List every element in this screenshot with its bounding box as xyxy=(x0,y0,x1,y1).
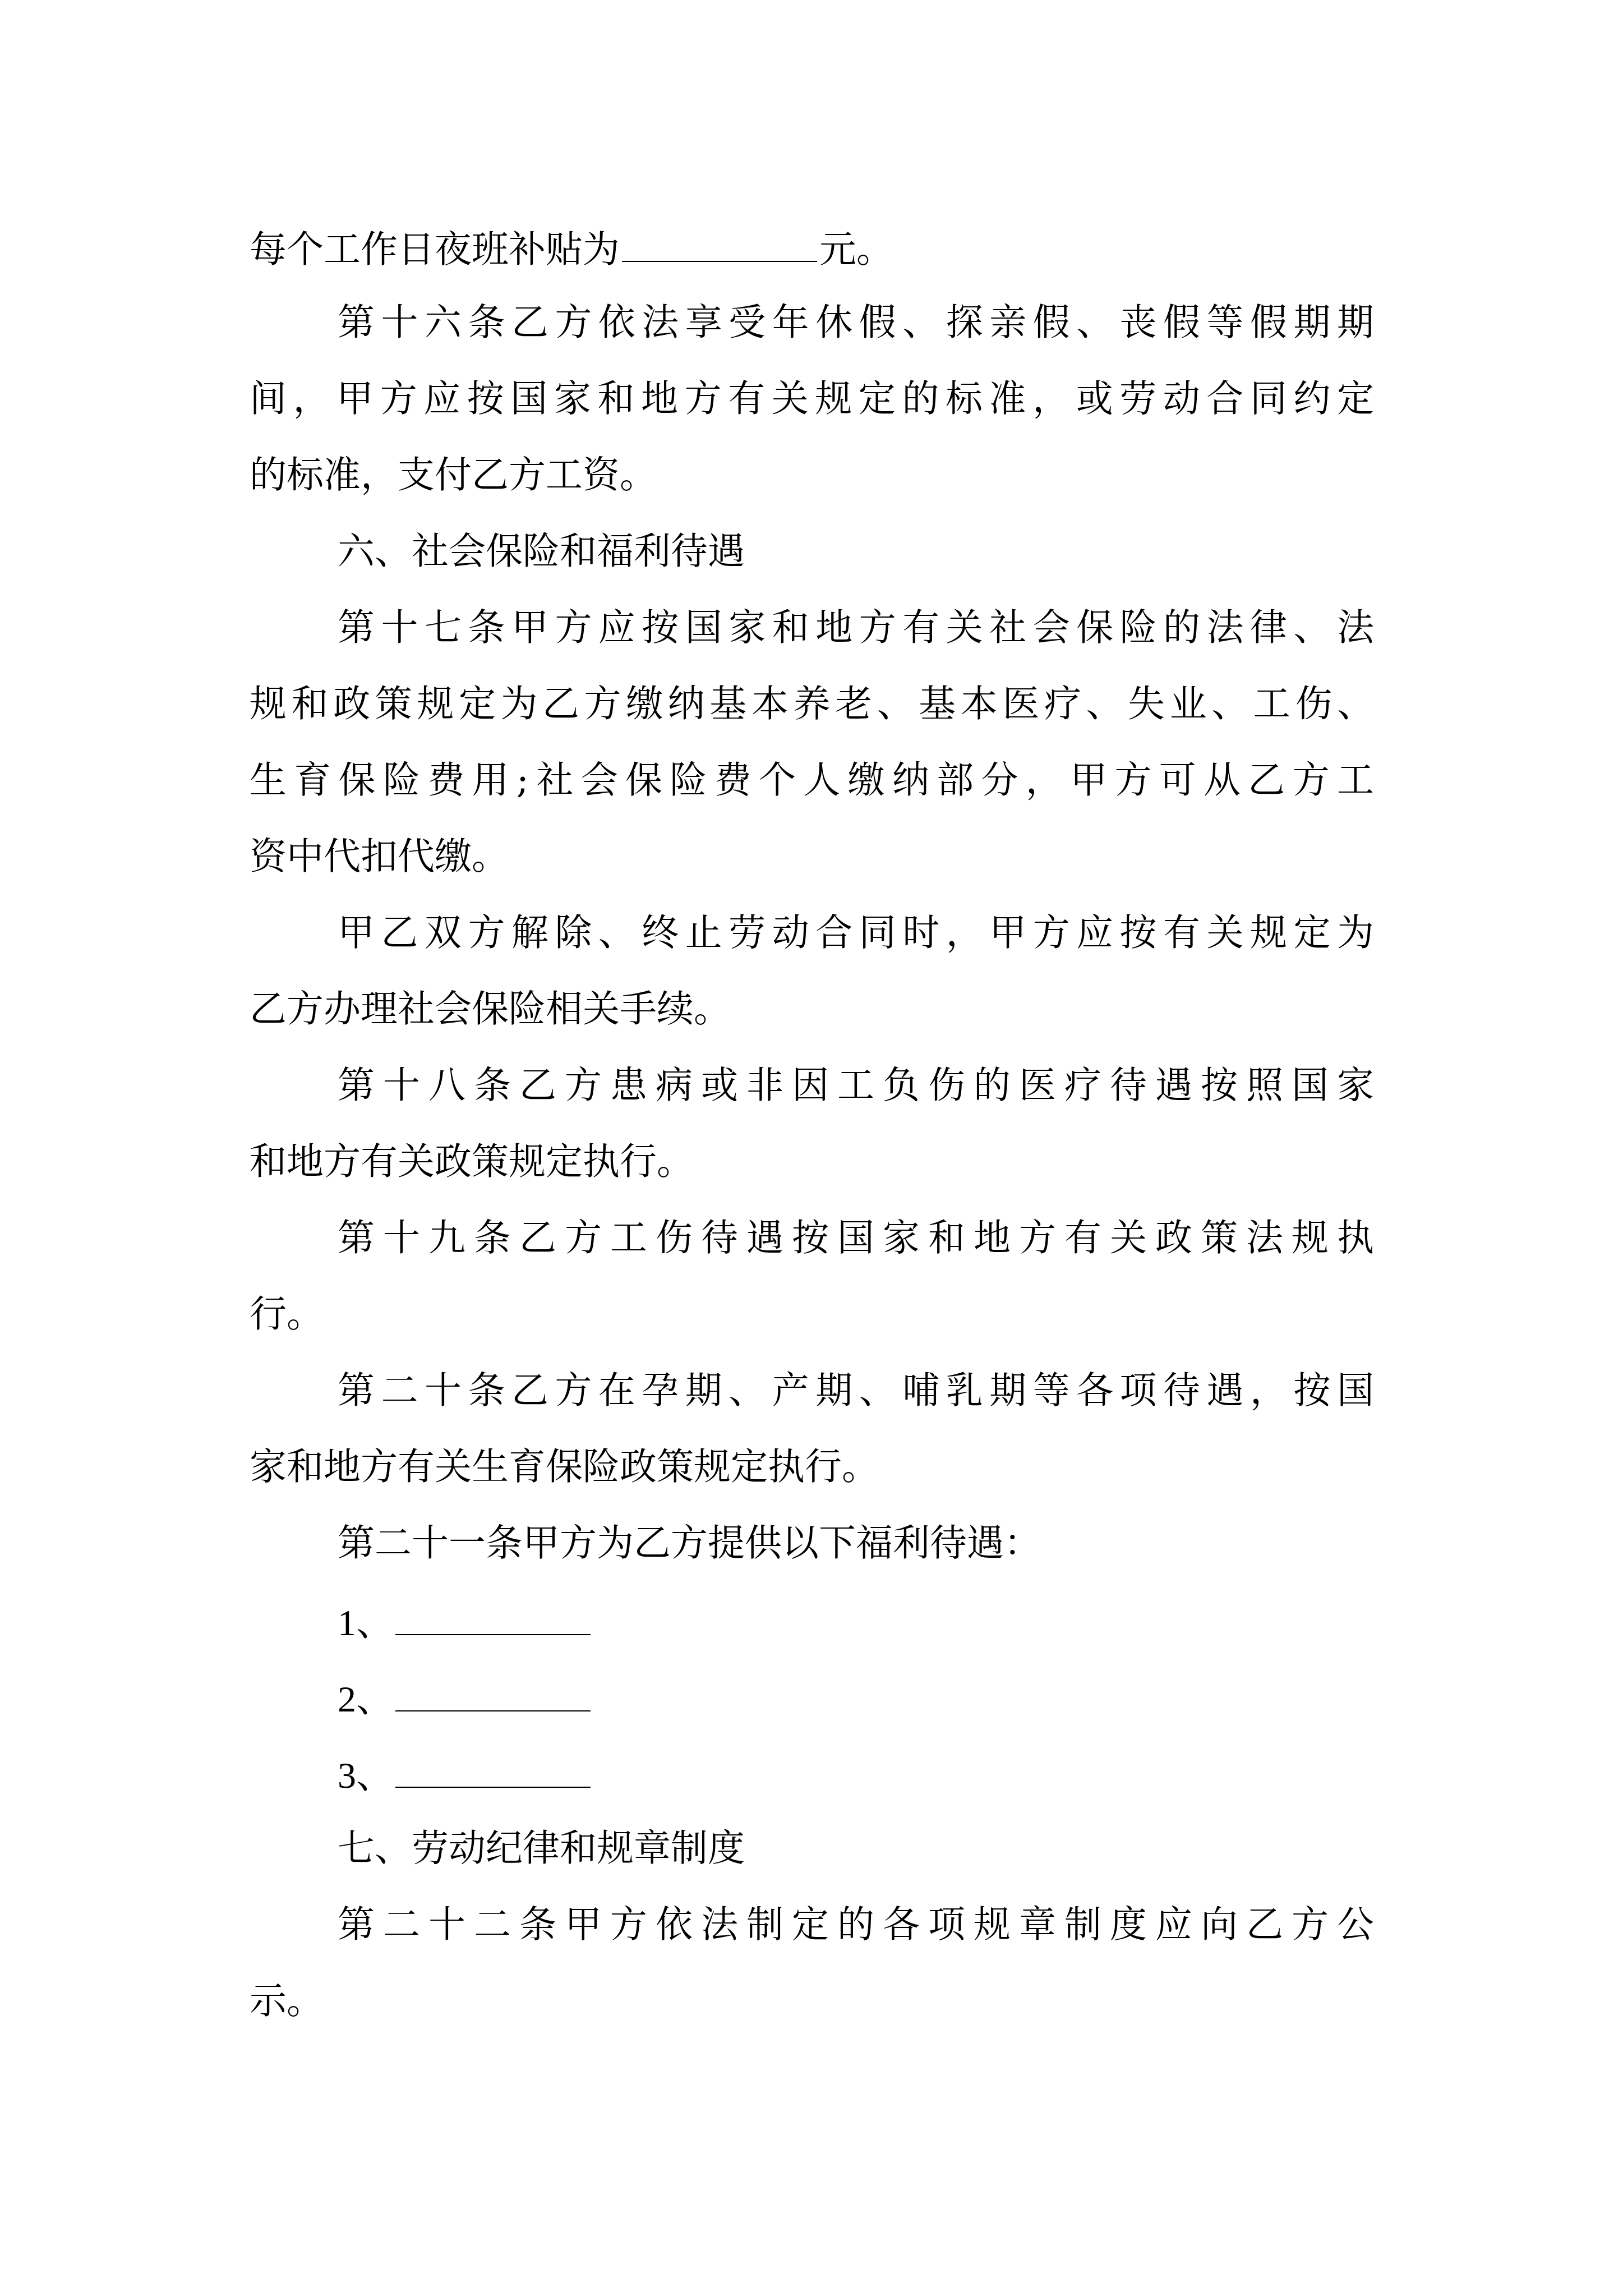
section-heading-7: 七、劳动纪律和规章制度 xyxy=(338,1826,1374,1902)
fill-in-blank[interactable] xyxy=(395,1597,591,1635)
paragraph-termination: 甲乙双方解除、终止劳动合同时，甲方应按有关规定为 xyxy=(338,910,1374,987)
article-20: 第二十条乙方在孕期、产期、哺乳期等各项待遇，按国 xyxy=(338,1368,1374,1444)
text: 每个工作日夜班补贴为 xyxy=(250,228,620,271)
paragraph-line: 资中代扣代缴。 xyxy=(250,834,1374,910)
benefit-list-item: 1、 xyxy=(338,1597,1374,1673)
paragraph-line: 每个工作日夜班补贴为元。 xyxy=(250,224,1374,300)
fill-in-blank[interactable] xyxy=(395,1750,591,1788)
text: 元。 xyxy=(819,228,893,271)
article-21: 第二十一条甲方为乙方提供以下福利待遇： xyxy=(338,1521,1374,1597)
article-16: 第十六条乙方依法享受年休假、探亲假、丧假等假期期 xyxy=(338,300,1374,376)
list-number: 1、 xyxy=(338,1603,393,1644)
article-18: 第十八条乙方患病或非因工负伤的医疗待遇按照国家 xyxy=(338,1063,1374,1139)
benefit-list-item: 2、 xyxy=(338,1673,1374,1750)
section-heading-6: 六、社会保险和福利待遇 xyxy=(338,529,1374,605)
document-page: 每个工作日夜班补贴为元。 第十六条乙方依法享受年休假、探亲假、丧假等假期期 间，… xyxy=(0,0,1623,2296)
fill-in-blank[interactable] xyxy=(395,1673,591,1711)
paragraph-line: 行。 xyxy=(250,1292,1374,1368)
paragraph-line: 家和地方有关生育保险政策规定执行。 xyxy=(250,1444,1374,1521)
paragraph-line: 生育保险费用;社会保险费个人缴纳部分，甲方可从乙方工 xyxy=(250,758,1374,834)
paragraph-line: 间，甲方应按国家和地方有关规定的标准，或劳动合同约定 xyxy=(250,376,1374,453)
article-17: 第十七条甲方应按国家和地方有关社会保险的法律、法 xyxy=(338,605,1374,682)
article-19: 第十九条乙方工伤待遇按国家和地方有关政策法规执 xyxy=(338,1216,1374,1292)
paragraph-line: 乙方办理社会保险相关手续。 xyxy=(250,987,1374,1063)
paragraph-line: 的标准，支付乙方工资。 xyxy=(250,453,1374,529)
list-number: 2、 xyxy=(338,1679,393,1720)
paragraph-line: 规和政策规定为乙方缴纳基本养老、基本医疗、失业、工伤、 xyxy=(250,682,1374,758)
benefit-list-item: 3、 xyxy=(338,1750,1374,1826)
fill-in-blank[interactable] xyxy=(622,224,817,262)
list-number: 3、 xyxy=(338,1755,393,1796)
article-22: 第二十二条甲方依法制定的各项规章制度应向乙方公 xyxy=(338,1902,1374,1978)
paragraph-line: 示。 xyxy=(250,1978,1374,2055)
paragraph-line: 和地方有关政策规定执行。 xyxy=(250,1139,1374,1216)
